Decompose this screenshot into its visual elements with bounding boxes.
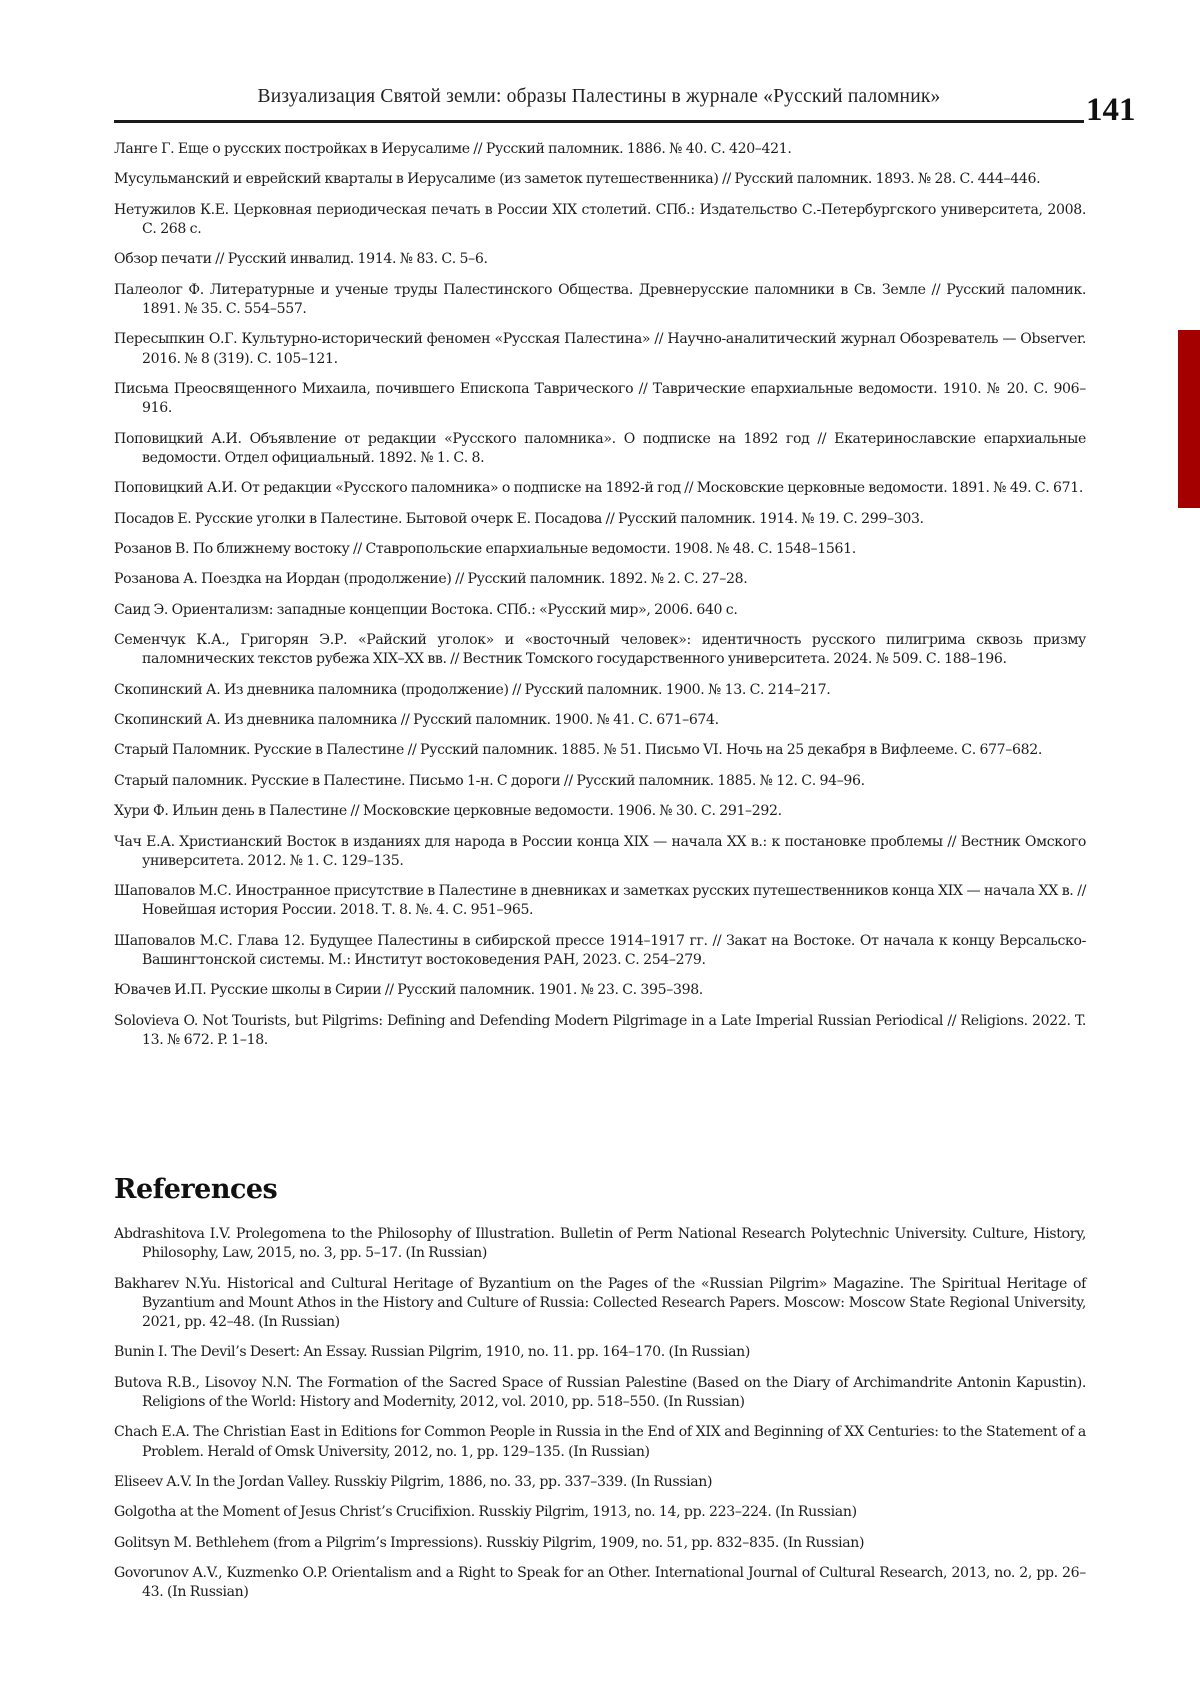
reference-item: Семенчук К.А., Григорян Э.Р. «Райский уг… bbox=[114, 631, 1086, 669]
reference-item: Bunin I. The Devil’s Desert: An Essay. R… bbox=[114, 1343, 1086, 1362]
reference-item: Чач Е.А. Христианский Восток в изданиях … bbox=[114, 833, 1086, 871]
reference-item: Обзор печати // Русский инвалид. 1914. №… bbox=[114, 250, 1086, 269]
reference-item: Скопинский А. Из дневника паломника // Р… bbox=[114, 711, 1086, 730]
reference-item: Пересыпкин О.Г. Культурно-исторический ф… bbox=[114, 330, 1086, 368]
reference-item: Golitsyn M. Bethlehem (from a Pilgrim’s … bbox=[114, 1534, 1086, 1553]
reference-item: Письма Преосвященного Михаила, почившего… bbox=[114, 380, 1086, 418]
section-side-tab bbox=[1178, 330, 1200, 508]
reference-item: Старый Паломник. Русские в Палестине // … bbox=[114, 741, 1086, 760]
reference-item: Розанов В. По ближнему востоку // Ставро… bbox=[114, 540, 1086, 559]
reference-item: Поповицкий А.И. От редакции «Русского па… bbox=[114, 479, 1086, 498]
reference-item: Шаповалов М.С. Глава 12. Будущее Палести… bbox=[114, 932, 1086, 970]
reference-item: Розанова А. Поездка на Иордан (продолжен… bbox=[114, 570, 1086, 589]
reference-item: Хури Ф. Ильин день в Палестине // Москов… bbox=[114, 802, 1086, 821]
running-title: Визуализация Святой земли: образы Палест… bbox=[114, 86, 1084, 108]
reference-item: Мусульманский и еврейский кварталы в Иер… bbox=[114, 170, 1086, 189]
reference-item: Bakharev N.Yu. Historical and Cultural H… bbox=[114, 1275, 1086, 1333]
reference-item: Нетужилов К.Е. Церковная периодическая п… bbox=[114, 201, 1086, 239]
english-references-list: Abdrashitova I.V. Prolegomena to the Phi… bbox=[114, 1225, 1086, 1614]
reference-item: Посадов Е. Русские уголки в Палестине. Б… bbox=[114, 510, 1086, 529]
reference-item: Скопинский А. Из дневника паломника (про… bbox=[114, 681, 1086, 700]
header-rule bbox=[114, 120, 1084, 123]
running-header: Визуализация Святой земли: образы Палест… bbox=[114, 86, 1084, 122]
reference-item: Solovieva O. Not Tourists, but Pilgrims:… bbox=[114, 1012, 1086, 1050]
reference-item: Golgotha at the Moment of Jesus Christ’s… bbox=[114, 1503, 1086, 1522]
russian-literature-list: Ланге Г. Еще о русских постройках в Иеру… bbox=[114, 140, 1086, 1061]
reference-item: Ювачев И.П. Русские школы в Сирии // Рус… bbox=[114, 981, 1086, 1000]
reference-item: Chach E.A. The Christian East in Edition… bbox=[114, 1423, 1086, 1461]
reference-item: Ланге Г. Еще о русских постройках в Иеру… bbox=[114, 140, 1086, 159]
reference-item: Butova R.B., Lisovoy N.N. The Formation … bbox=[114, 1374, 1086, 1412]
reference-item: Eliseev A.V. In the Jordan Valley. Russk… bbox=[114, 1473, 1086, 1492]
reference-item: Старый паломник. Русские в Палестине. Пи… bbox=[114, 772, 1086, 791]
reference-item: Abdrashitova I.V. Prolegomena to the Phi… bbox=[114, 1225, 1086, 1263]
reference-item: Палеолог Ф. Литературные и ученые труды … bbox=[114, 281, 1086, 319]
reference-item: Шаповалов М.С. Иностранное присутствие в… bbox=[114, 882, 1086, 920]
reference-item: Govorunov A.V., Kuzmenko O.P. Orientalis… bbox=[114, 1564, 1086, 1602]
page-number: 141 bbox=[1086, 90, 1136, 130]
reference-item: Саид Э. Ориентализм: западные концепции … bbox=[114, 601, 1086, 620]
reference-item: Поповицкий А.И. Объявление от редакции «… bbox=[114, 430, 1086, 468]
references-heading: References bbox=[114, 1170, 277, 1210]
